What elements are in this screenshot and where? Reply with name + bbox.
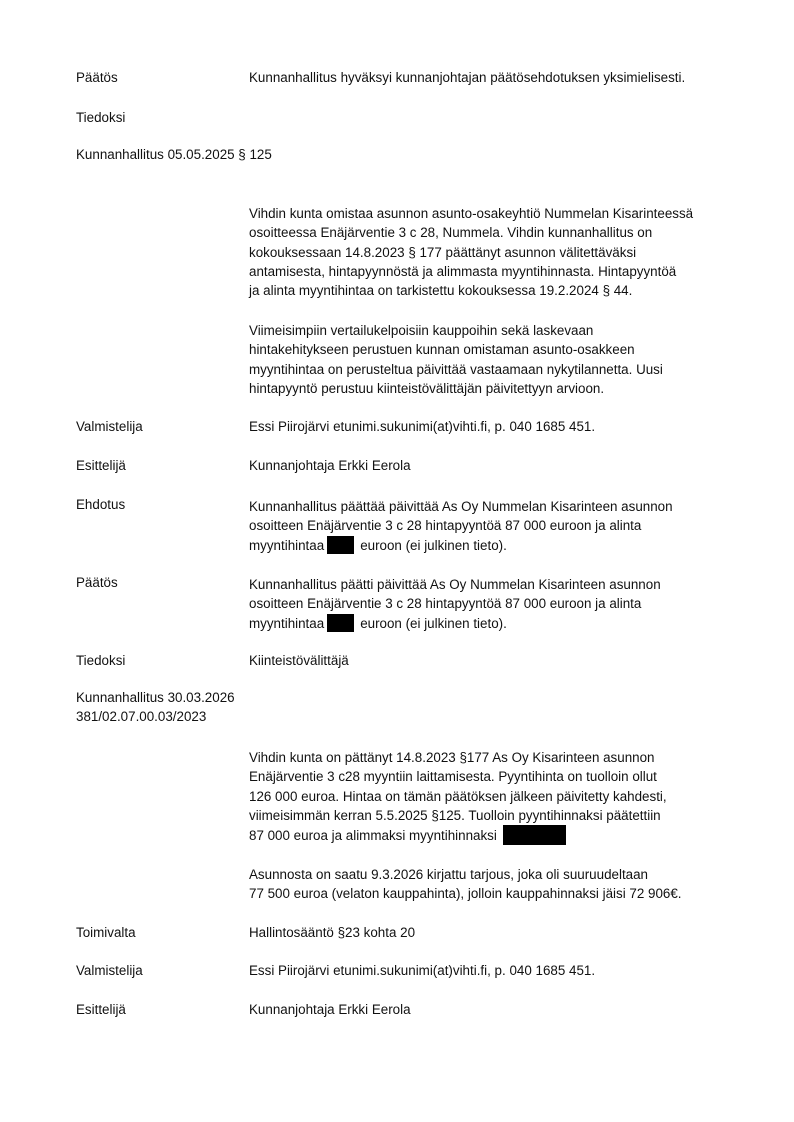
text-line: Asunnosta on saatu 9.3.2026 kirjattu tar… [249,865,759,884]
text-line: osoitteessa Enäjärventie 3 c 28, Nummela… [249,223,759,242]
text-line: Kunnanhallitus päätti päivittää As Oy Nu… [249,575,759,594]
text-line: osoitteen Enäjärventie 3 c 28 hintapyynt… [249,516,759,535]
text-line: myyntihintaaeuroon (ei julkinen tieto). [249,614,759,633]
meeting-heading-2: Kunnanhallitus 30.03.2026 [76,690,235,705]
text-line: kokouksessaan 14.8.2023 § 177 päättänyt … [249,243,759,262]
valmistelija-label-2: Valmistelija [76,963,143,978]
paatos-text-1: Kunnanhallitus hyväksyi kunnanjohtajan p… [249,70,685,85]
text-line: 77 500 euroa (velaton kauppahinta), joll… [249,884,759,903]
esittelija-label-1: Esittelijä [76,458,126,473]
background-paragraph-3: Vihdin kunta on pättänyt 14.8.2023 §177 … [249,748,759,845]
text-line: osoitteen Enäjärventie 3 c 28 hintapyynt… [249,594,759,613]
text-fragment: euroon (ei julkinen tieto). [360,538,507,553]
toimivalta-text: Hallintosääntö §23 kohta 20 [249,925,415,940]
ehdotus-label: Ehdotus [76,497,125,512]
background-paragraph-2: Viimeisimpiin vertailukelpoisiin kauppoi… [249,321,759,398]
meeting-heading-1: Kunnanhallitus 05.05.2025 § 125 [76,147,272,162]
paatos-label-2: Päätös [76,575,118,590]
text-fragment: euroon (ei julkinen tieto). [360,616,507,631]
text-fragment: 87 000 euroa ja alimmaksi myyntihinnaksi [249,828,497,843]
background-paragraph-1: Vihdin kunta omistaa asunnon asunto-osak… [249,204,759,300]
text-line: hintakehitykseen perustuen kunnan omista… [249,340,759,359]
redaction-box [503,825,566,845]
text-line: myyntihintaaeuroon (ei julkinen tieto). [249,536,759,555]
paatos-label-1: Päätös [76,70,118,85]
esittelija-text-1: Kunnanjohtaja Erkki Eerola [249,458,411,473]
text-line: myyntihintaa on perusteltua päivittää va… [249,360,759,379]
text-line: viimeisimmän kerran 5.5.2025 §125. Tuoll… [249,806,759,825]
valmistelija-text-2: Essi Piirojärvi etunimi.sukunimi(at)viht… [249,963,595,978]
valmistelija-text-1: Essi Piirojärvi etunimi.sukunimi(at)viht… [249,419,595,434]
esittelija-label-2: Esittelijä [76,1002,126,1017]
tiedoksi-label-2: Tiedoksi [76,653,125,668]
tiedoksi-label-1: Tiedoksi [76,110,125,125]
text-line: Viimeisimpiin vertailukelpoisiin kauppoi… [249,321,759,340]
background-paragraph-4: Asunnosta on saatu 9.3.2026 kirjattu tar… [249,865,759,904]
text-fragment: myyntihintaa [249,616,324,631]
text-line: hintapyyntö perustuu kiinteistövälittäjä… [249,379,759,398]
text-line: Enäjärventie 3 c28 myyntiin laittamisest… [249,767,759,786]
case-reference: 381/02.07.00.03/2023 [76,709,206,724]
ehdotus-text: Kunnanhallitus päättää päivittää As Oy N… [249,497,759,555]
text-line: antamisesta, hintapyynnöstä ja alimmasta… [249,262,759,281]
text-line: 87 000 euroa ja alimmaksi myyntihinnaksi [249,825,759,845]
text-line: Kunnanhallitus päättää päivittää As Oy N… [249,497,759,516]
toimivalta-label: Toimivalta [76,925,136,940]
text-fragment: myyntihintaa [249,538,324,553]
valmistelija-label-1: Valmistelija [76,419,143,434]
redaction-box [327,536,354,554]
redaction-box [327,614,354,632]
paatos-text-2: Kunnanhallitus päätti päivittää As Oy Nu… [249,575,759,633]
esittelija-text-2: Kunnanjohtaja Erkki Eerola [249,1002,411,1017]
text-line: ja alinta myyntihintaa on tarkistettu ko… [249,281,759,300]
text-line: Vihdin kunta omistaa asunnon asunto-osak… [249,204,759,223]
text-line: Vihdin kunta on pättänyt 14.8.2023 §177 … [249,748,759,767]
tiedoksi-text-2: Kiinteistövälittäjä [249,653,349,668]
text-line: 126 000 euroa. Hintaa on tämän päätöksen… [249,787,759,806]
